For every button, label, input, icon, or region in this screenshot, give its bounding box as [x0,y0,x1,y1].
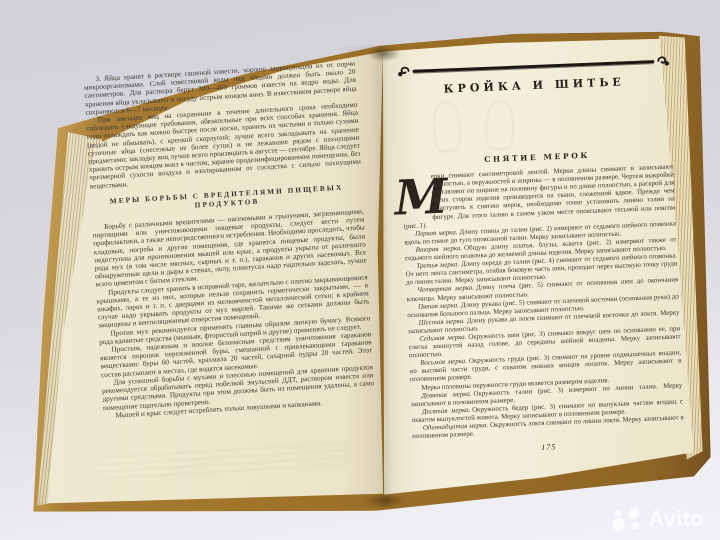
measure-lead: Одиннадцатая мерка. [423,422,491,432]
left-page-text: 3. Яйца хранят в растворе гашеной извест… [83,60,375,420]
left-page-top-paragraphs: 3. Яйца хранят в растворе гашеной извест… [83,60,361,191]
photo-background: 3. Яйца хранят в растворе гашеной извест… [0,0,720,540]
drop-cap: М [394,175,429,222]
left-page-bottom-paragraphs: Борьбу с различными вредителями — насеко… [92,207,375,420]
book: 3. Яйца хранят в растворе гашеной извест… [0,0,720,540]
measure-paragraphs: Первая мерка.Длину спины до талии (рис. … [404,220,684,441]
intro-text: ерки снимают сантиметровой лентой. Мерки… [404,164,676,230]
rule-bar [412,60,654,73]
show-through-figures [399,91,673,154]
avito-logo-icon [612,507,641,532]
rule-flourish-left-icon [397,65,410,78]
avito-brand-text: Avito [648,506,704,532]
chapter-ornament-rule [397,55,669,78]
rule-flourish-right-icon [656,55,669,68]
ghost-figure [486,101,515,149]
paragraph: При закладке яиц на сохранение в течение… [86,101,362,191]
avito-watermark: Avito [612,506,704,532]
right-page-text: КРОЙКА И ШИТЬЕ СНЯТИЕ МЕРОК Мерки снимаю… [397,49,685,458]
ghost-figure [433,101,461,152]
